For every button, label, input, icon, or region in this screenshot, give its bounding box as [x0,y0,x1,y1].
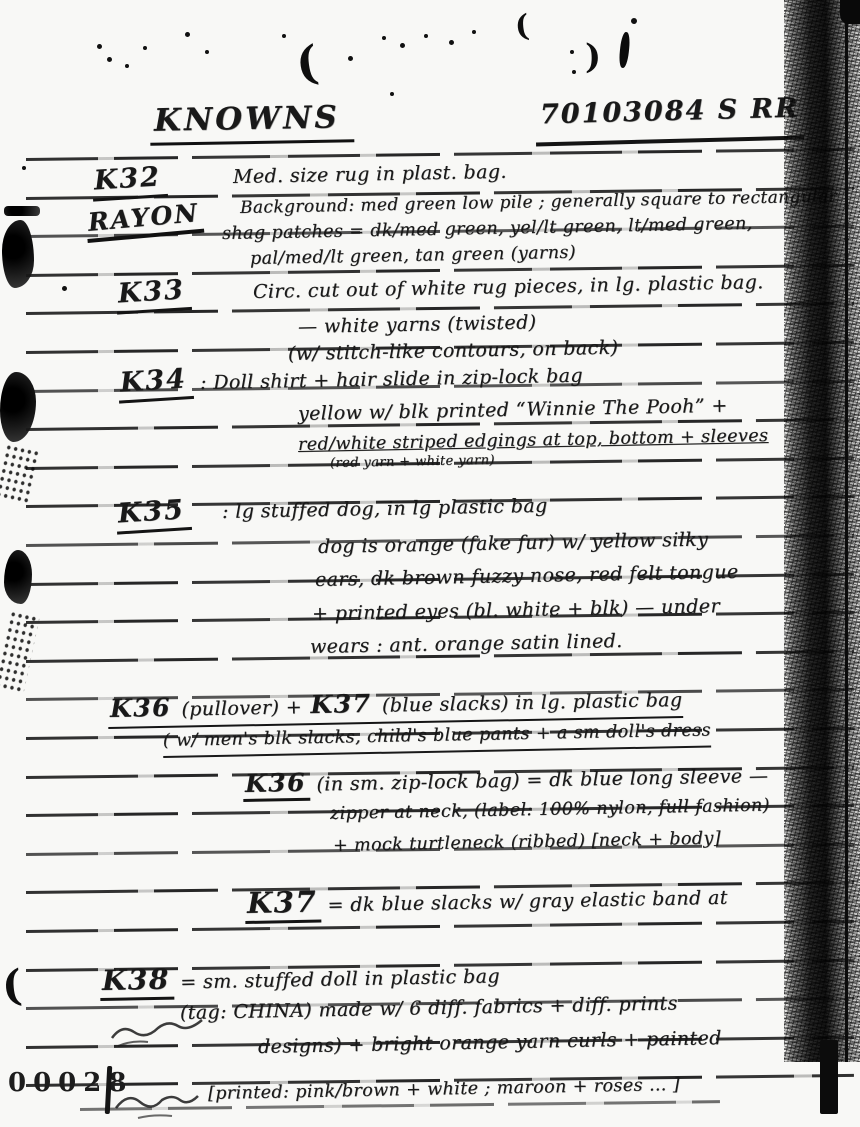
entry-k35-line2: dog is orange (fake fur) w/ yellow silky [318,529,709,558]
entry-rayon-label: RAYON [86,202,204,239]
scribble-mark [108,1000,208,1050]
entry-k36-line1: K36 (in sm. zip-lock bag) = dk blue long… [243,759,769,798]
entry-k35-line4: + printed eyes (bl. white + blk) — under [312,595,720,625]
entry-k34-label: K34 [118,365,194,402]
noise-dot [390,92,394,96]
ink-stroke-mark [618,32,631,69]
document-number: 70103084 S RR [540,93,800,131]
entry-rayon-line3: pal/med/lt green, tan green (yarns) [250,243,576,269]
noise-dot [107,57,112,62]
entry-k36-line2: zipper at neck, (label: 100% nylon, full… [330,796,770,824]
noise-dot [143,46,147,50]
entry-k35-label: K35 [116,496,192,533]
entry-k38-line4: [printed: pink/brown + white ; maroon + … [208,1075,680,1104]
entry-k35-line1: : lg stuffed dog, in lg plastic bag [222,495,548,523]
paren-noise-mark: ( [293,39,321,88]
noise-dot [205,50,209,54]
entry-k33-line2: — white yarns (twisted) [298,311,537,338]
scanned-document-page: KNOWNS 70103084 S RR K32 Med. size rug i… [0,0,860,1127]
noise-dot [424,34,428,38]
ink-blot [4,206,40,216]
entry-k33-line3: (w/ stitch-like contours, on back) [288,337,619,365]
paren-noise-mark: ( [0,964,23,1008]
page-title: KNOWNS [150,99,355,146]
entry-k34-line1: : Doll shirt + hair slide in zip-lock ba… [200,365,583,394]
entry-k38-line3: designs) + bright orange yarn curls + pa… [258,1027,722,1058]
noise-dot [185,32,190,37]
ink-blot [2,220,34,288]
noise-dot [62,286,67,291]
scan-edge-shadow-band [784,0,860,1062]
noise-dot [97,44,102,49]
ruled-line [26,148,854,161]
entry-k32-label: K32 [92,163,168,200]
entry-k36k37-label-a: K36 [108,693,176,724]
ink-speckle [0,443,41,505]
noise-dot [400,43,405,48]
entry-k36-line3: + mock turtleneck (ribbed) [neck + body] [333,829,721,856]
noise-dot [472,30,476,34]
noise-dot [449,40,454,45]
noise-dot [125,64,129,68]
entry-k33-line1: Circ. cut out of white rug pieces, in lg… [253,271,764,303]
ruled-line [26,920,854,933]
entry-k37-label: K37 [245,885,322,924]
noise-dot [631,18,637,24]
scan-edge-corner-blot [840,0,860,24]
entry-k37-line1: K37 = dk blue slacks w/ gray elastic ban… [245,877,728,920]
entry-k36-label: K36 [243,768,311,802]
noise-dot [382,36,386,40]
noise-dot [282,34,286,38]
entry-k34-line3: red/white striped edgings at top, bottom… [298,426,769,455]
entry-k38-label: K38 [100,963,175,1001]
entry-k36k37-label-b: K37 [308,689,376,720]
scan-edge-line [845,0,848,1062]
noise-dot [572,70,576,74]
entry-k38-line2: (tag: CHINA) made w/ 6 diff. fabrics + d… [180,992,678,1024]
document-number-underline [536,135,804,146]
page-number-stamp: 00028 [8,1068,133,1098]
paren-noise-mark: ( [513,11,530,42]
paren-noise-mark: ) [585,40,601,74]
noise-dot [22,166,26,170]
scan-edge-bottom-bar [820,1040,838,1114]
entry-rayon-line2: shag patches = dk/med green, yel/lt gree… [222,214,753,244]
ink-blot [4,550,32,604]
entry-k35-line3: ears, dk brown fuzzy nose, red felt tong… [315,561,739,591]
entry-k38-line1: K38 = sm. stuffed doll in plastic bag [100,956,500,997]
entry-k34-line4: (red yarn + white yarn) [330,453,495,471]
entry-k33-label: K33 [116,276,192,313]
entry-k32-line1: Med. size rug in plast. bag. [233,161,507,188]
ink-speckle [0,610,40,694]
ink-blot [0,372,36,442]
noise-dot [348,56,353,61]
noise-dot [570,50,574,54]
